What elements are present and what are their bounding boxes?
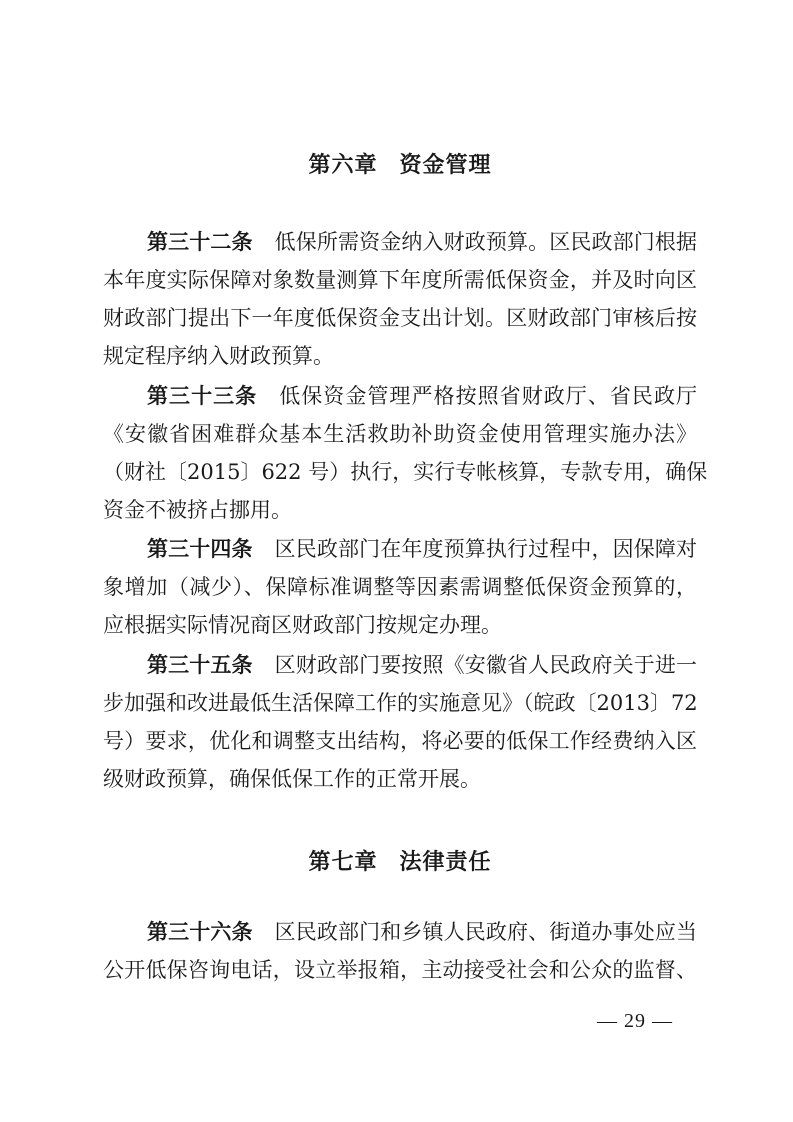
article-line: 第三十六条区民政部门和乡镇人民政府、街道办事处应当	[103, 913, 697, 951]
article-line: 第三十二条低保所需资金纳入财政预算。区民政部门根据	[103, 223, 697, 261]
article-number: 第三十四条	[147, 537, 253, 561]
chapter-title: 法律责任	[400, 850, 492, 875]
article-line: 应根据实际情况商区财政部门按规定办理。	[103, 606, 697, 644]
article-36: 第三十六条区民政部门和乡镇人民政府、街道办事处应当 公开低保咨询电话，设立举报箱…	[103, 913, 697, 989]
article-line: 《安徽省困难群众基本生活救助补助资金使用管理实施办法》	[103, 415, 697, 453]
article-line: 财政部门提出下一年度低保资金支出计划。区财政部门审核后按	[103, 299, 697, 337]
chapter-heading-6: 第六章资金管理	[103, 148, 697, 179]
article-line: 本年度实际保障对象数量测算下年度所需低保资金，并及时向区	[103, 261, 697, 299]
article-line: 资金不被挤占挪用。	[103, 491, 697, 529]
article-35: 第三十五条区财政部门要按照《安徽省人民政府关于进一 步加强和改进最低生活保障工作…	[103, 646, 697, 798]
article-line: 第三十五条区财政部门要按照《安徽省人民政府关于进一	[103, 646, 697, 684]
article-line: 步加强和改进最低生活保障工作的实施意见》（皖政〔2013〕72	[103, 684, 697, 722]
article-33: 第三十三条低保资金管理严格按照省财政厅、省民政厅 《安徽省困难群众基本生活救助补…	[103, 377, 697, 529]
chapter-title: 资金管理	[400, 153, 492, 178]
article-line: 第三十三条低保资金管理严格按照省财政厅、省民政厅	[103, 377, 697, 415]
article-34: 第三十四条区民政部门在年度预算执行过程中，因保障对 象增加（减少）、保障标准调整…	[103, 530, 697, 644]
article-line: 象增加（减少）、保障标准调整等因素需调整低保资金预算的，	[103, 568, 697, 606]
article-number: 第三十五条	[147, 653, 253, 677]
article-line: 公开低保咨询电话，设立举报箱，主动接受社会和公众的监督、	[103, 951, 697, 989]
chapter-heading-7: 第七章法律责任	[103, 845, 697, 876]
article-number: 第三十二条	[147, 230, 253, 254]
article-line: 号）要求，优化和调整支出结构，将必要的低保工作经费纳入区	[103, 722, 697, 760]
article-line: 规定程序纳入财政预算。	[103, 337, 697, 375]
article-line: 第三十四条区民政部门在年度预算执行过程中，因保障对	[103, 530, 697, 568]
page-number: — 29 —	[597, 1010, 673, 1033]
article-line: （财社〔2015〕622 号）执行，实行专帐核算，专款专用，确保	[103, 453, 697, 491]
article-number: 第三十六条	[147, 920, 253, 944]
article-line: 级财政预算，确保低保工作的正常开展。	[103, 760, 697, 798]
article-32: 第三十二条低保所需资金纳入财政预算。区民政部门根据 本年度实际保障对象数量测算下…	[103, 223, 697, 375]
chapter-number: 第六章	[308, 153, 377, 178]
article-number: 第三十三条	[147, 384, 257, 408]
chapter-number: 第七章	[308, 850, 377, 875]
